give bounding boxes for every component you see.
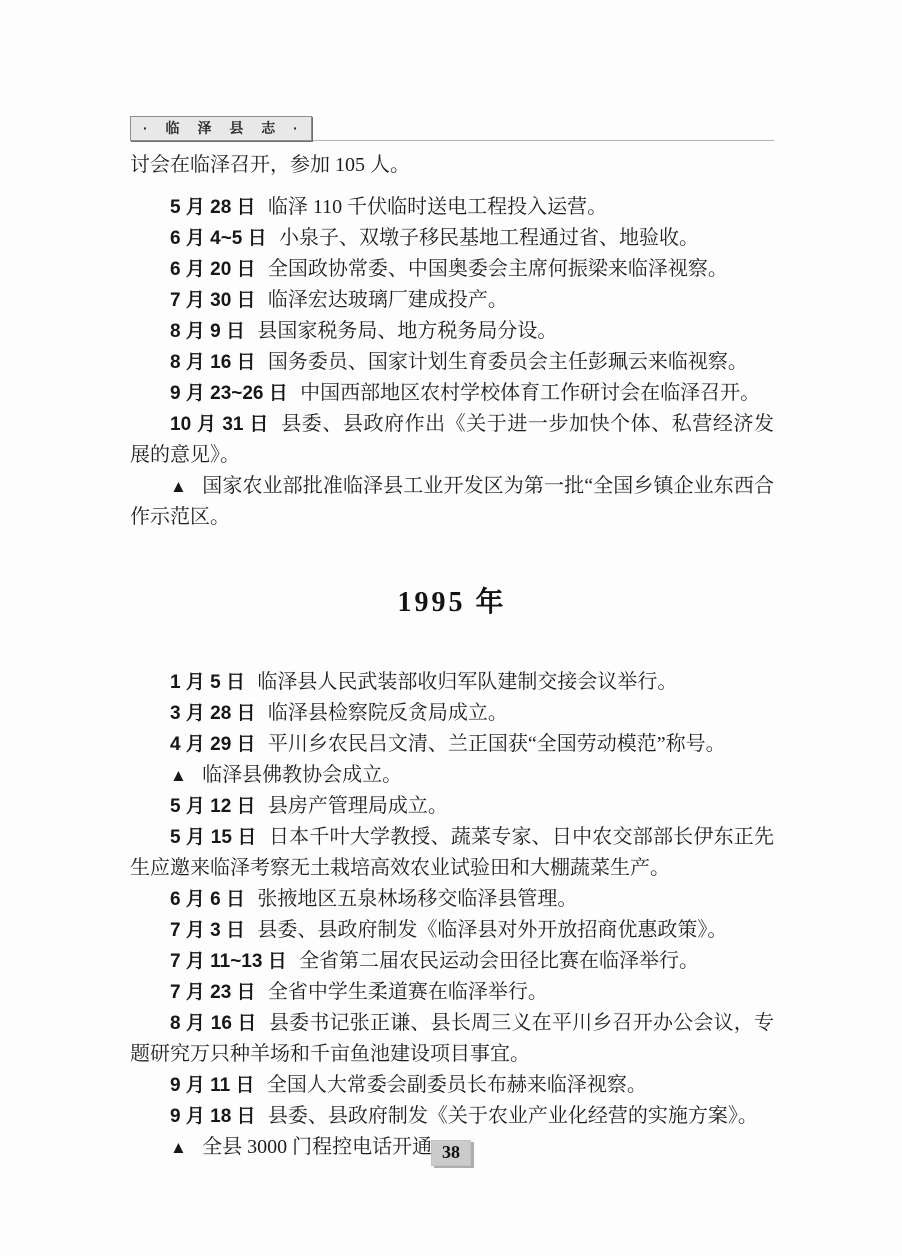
entry-text: 县委、县政府制发《临泽县对外开放招商优惠政策》。 (257, 919, 727, 941)
entry-text: 全国人大常委会副委员长布赫来临泽视察。 (267, 1074, 647, 1096)
entry-date-label: 9 月 18 日 (170, 1106, 256, 1127)
year-heading-1995: 1995 年 (130, 585, 774, 621)
book-title: · 临 泽 县 志 · (143, 120, 305, 136)
entry-text: 临泽县检察院反贪局成立。 (268, 702, 508, 724)
chronicle-entry: 7 月 3 日县委、县政府制发《临泽县对外开放招商优惠政策》。 (130, 915, 774, 946)
entry-text: 平川乡农民吕文清、兰正国获“全国劳动模范”称号。 (268, 733, 726, 755)
chronicle-entry: ▲临泽县佛教协会成立。 (130, 760, 774, 791)
entry-text: 临泽县佛教协会成立。 (202, 764, 402, 786)
chronicle-entry: 4 月 29 日平川乡农民吕文清、兰正国获“全国劳动模范”称号。 (130, 729, 774, 760)
chronicle-entry: 3 月 28 日临泽县检察院反贪局成立。 (130, 698, 774, 729)
entry-date-label: 1 月 5 日 (170, 672, 245, 693)
entry-date-label: 3 月 28 日 (170, 703, 256, 724)
book-title-box: · 临 泽 县 志 · (130, 116, 312, 141)
entry-text: 临泽县人民武装部收归军队建制交接会议举行。 (257, 671, 677, 693)
entry-date-label: 9 月 11 日 (170, 1075, 255, 1096)
entry-date-label: 8 月 16 日 (170, 352, 256, 373)
entry-triangle-marker: ▲ (170, 766, 187, 785)
chronicle-entry: 8 月 16 日国务委员、国家计划生育委员会主任彭珮云来临视察。 (130, 347, 774, 378)
chronicle-entry: 5 月 12 日县房产管理局成立。 (130, 791, 774, 822)
entry-text: 全国政协常委、中国奥委会主席何振梁来临泽视察。 (268, 258, 728, 280)
entry-date-label: 8 月 16 日 (170, 1013, 257, 1034)
entry-text: 全省第二届农民运动会田径比赛在临泽举行。 (299, 950, 699, 972)
entry-triangle-marker: ▲ (170, 477, 187, 496)
document-page: · 临 泽 县 志 · 讨会在临泽召开，参加 105 人。 5 月 28 日临泽… (0, 0, 902, 1256)
chronicle-entry: 8 月 16 日县委书记张正谦、县长周三义在平川乡召开办公会议，专题研究万只种羊… (130, 1008, 774, 1070)
chronicle-content: 讨会在临泽召开，参加 105 人。 5 月 28 日临泽 110 千伏临时送电工… (130, 150, 774, 1163)
chronicle-entry: 7 月 30 日临泽宏达玻璃厂建成投产。 (130, 285, 774, 316)
entry-date-label: 9 月 23~26 日 (170, 383, 288, 404)
entry-text: 县房产管理局成立。 (268, 795, 448, 817)
entry-date-label: 10 月 31 日 (170, 414, 269, 435)
entry-text: 中国西部地区农村学校体育工作研讨会在临泽召开。 (300, 382, 760, 404)
chronicle-entry: 5 月 15 日日本千叶大学教授、蔬菜专家、日中农交部部长伊东正先生应邀来临泽考… (130, 822, 774, 884)
entries-1995: 1 月 5 日临泽县人民武装部收归军队建制交接会议举行。3 月 28 日临泽县检… (130, 667, 774, 1163)
entry-text: 县委、县政府制发《关于农业产业化经营的实施方案》。 (268, 1105, 758, 1127)
chronicle-entry: ▲国家农业部批准临泽县工业开发区为第一批“全国乡镇企业东西合作示范区。 (130, 471, 774, 533)
entry-date-label: 4 月 29 日 (170, 734, 256, 755)
entry-date-label: 6 月 4~5 日 (170, 228, 267, 249)
chronicle-entry: 7 月 23 日全省中学生柔道赛在临泽举行。 (130, 977, 774, 1008)
chronicle-entry: 7 月 11~13 日全省第二届农民运动会田径比赛在临泽举行。 (130, 946, 774, 977)
chronicle-entry: 6 月 4~5 日小泉子、双墩子移民基地工程通过省、地验收。 (130, 223, 774, 254)
entry-text: 小泉子、双墩子移民基地工程通过省、地验收。 (279, 227, 699, 249)
chronicle-entry: 9 月 23~26 日中国西部地区农村学校体育工作研讨会在临泽召开。 (130, 378, 774, 409)
entry-date-label: 8 月 9 日 (170, 321, 245, 342)
entry-date-label: 5 月 28 日 (170, 197, 256, 218)
entry-date-label: 6 月 6 日 (170, 889, 245, 910)
chronicle-entry: 5 月 28 日临泽 110 千伏临时送电工程投入运营。 (130, 192, 774, 223)
chronicle-entry: 8 月 9 日县国家税务局、地方税务局分设。 (130, 316, 774, 347)
running-header: · 临 泽 县 志 · (130, 116, 774, 141)
continuation-paragraph: 讨会在临泽召开，参加 105 人。 (130, 150, 774, 181)
entry-text: 全省中学生柔道赛在临泽举行。 (268, 981, 548, 1003)
chronicle-entry: 9 月 18 日县委、县政府制发《关于农业产业化经营的实施方案》。 (130, 1101, 774, 1132)
page-footer: 38 (0, 1140, 902, 1166)
entries-1994: 5 月 28 日临泽 110 千伏临时送电工程投入运营。6 月 4~5 日小泉子… (130, 192, 774, 533)
chronicle-entry: 1 月 5 日临泽县人民武装部收归军队建制交接会议举行。 (130, 667, 774, 698)
entry-date-label: 6 月 20 日 (170, 259, 256, 280)
entry-text: 县国家税务局、地方税务局分设。 (257, 320, 557, 342)
entry-text: 临泽 110 千伏临时送电工程投入运营。 (268, 196, 607, 218)
entry-text: 张掖地区五泉林场移交临泽县管理。 (257, 888, 577, 910)
entry-date-label: 5 月 12 日 (170, 796, 256, 817)
entry-date-label: 7 月 23 日 (170, 982, 256, 1003)
entry-text: 国家农业部批准临泽县工业开发区为第一批“全国乡镇企业东西合作示范区。 (130, 475, 774, 528)
entry-date-label: 7 月 30 日 (170, 290, 256, 311)
chronicle-entry: 6 月 20 日全国政协常委、中国奥委会主席何振梁来临泽视察。 (130, 254, 774, 285)
chronicle-entry: 9 月 11 日全国人大常委会副委员长布赫来临泽视察。 (130, 1070, 774, 1101)
entry-date-label: 5 月 15 日 (170, 827, 257, 848)
chronicle-entry: 6 月 6 日张掖地区五泉林场移交临泽县管理。 (130, 884, 774, 915)
chronicle-entry: 10 月 31 日县委、县政府作出《关于进一步加快个体、私营经济发展的意见》。 (130, 409, 774, 471)
entry-text: 国务委员、国家计划生育委员会主任彭珮云来临视察。 (268, 351, 748, 373)
entry-date-label: 7 月 11~13 日 (170, 951, 287, 972)
entry-text: 临泽宏达玻璃厂建成投产。 (268, 289, 508, 311)
entry-date-label: 7 月 3 日 (170, 920, 245, 941)
page-number-box: 38 (431, 1140, 471, 1166)
page-number: 38 (442, 1142, 460, 1162)
